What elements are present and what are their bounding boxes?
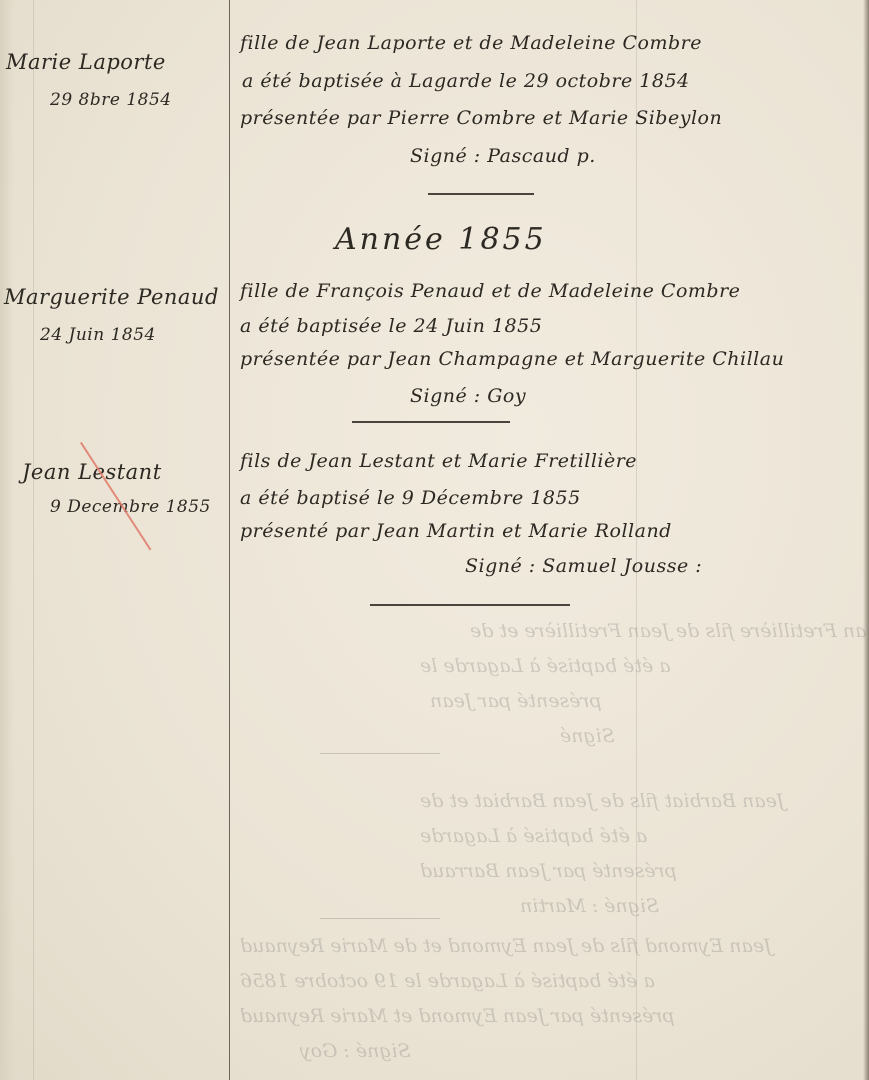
entry-margin-date: 29 8bre 1854 [50,90,172,110]
bleed-through-text: Jean Barbiat fils de Jean Barbiat et de [420,790,784,812]
entry-separator-rule [352,421,510,423]
entry-line: présentée par Pierre Combre et Marie Sib… [240,107,722,129]
bleed-through-text: présenté par Jean Barraud [420,860,677,882]
entry-margin-name: Marguerite Penaud [4,285,219,309]
faint-left-rule [33,0,34,1080]
entry-separator-rule [428,193,534,195]
entry-line: présentée par Jean Champagne et Margueri… [240,348,784,370]
bleed-through-text: Jean Fretillière fils de Jean Fretillièr… [470,620,869,642]
register-page: Jean Fretillière fils de Jean Fretillièr… [0,0,869,1080]
bleed-through-rule [320,918,440,919]
entry-margin-date: 24 Juin 1854 [40,325,156,345]
entry-line: fille de François Penaud et de Madeleine… [240,280,740,302]
entry-signature: Signé : Goy [410,385,526,407]
entry-line: a été baptisée le 24 Juin 1855 [240,315,542,337]
bleed-through-rule [320,753,440,754]
bleed-through-text: a été baptisé à Lagarde le 19 octobre 18… [240,970,655,992]
entry-line: fille de Jean Laporte et de Madeleine Co… [240,32,702,54]
bleed-through-text: a été baptisé à Lagarde [420,825,647,847]
bleed-through-text: Jean Eymond fils de Jean Eymond et de Ma… [240,935,772,957]
bleed-through-text: Signé : Goy [300,1040,411,1062]
entry-signature: Signé : Samuel Jousse : [465,555,702,577]
margin-column-divider [229,0,230,1080]
entry-separator-rule [370,604,570,606]
entry-signature: Signé : Pascaud p. [410,145,596,167]
bleed-through-text: a été baptisé à Lagarde le [420,655,671,677]
entry-line: a été baptisée à Lagarde le 29 octobre 1… [242,70,690,92]
bleed-through-text: Signé : Martin [520,895,659,917]
bleed-through-text: présenté par Jean [430,690,602,712]
bleed-through-text: Signé [560,725,615,747]
entry-margin-name: Jean Lestant [22,460,162,484]
entry-margin-date: 9 Decembre 1855 [50,497,211,517]
year-heading: Année 1855 [335,222,547,257]
page-left-edge [0,0,14,1080]
entry-margin-name: Marie Laporte [6,50,166,74]
entry-line: présenté par Jean Martin et Marie Rollan… [240,520,672,542]
entry-line: a été baptisé le 9 Décembre 1855 [240,487,581,509]
entry-line: fils de Jean Lestant et Marie Fretillièr… [240,450,637,472]
bleed-through-text: présenté par Jean Eymond et Marie Reynau… [240,1005,675,1027]
page-right-edge [863,0,869,1080]
